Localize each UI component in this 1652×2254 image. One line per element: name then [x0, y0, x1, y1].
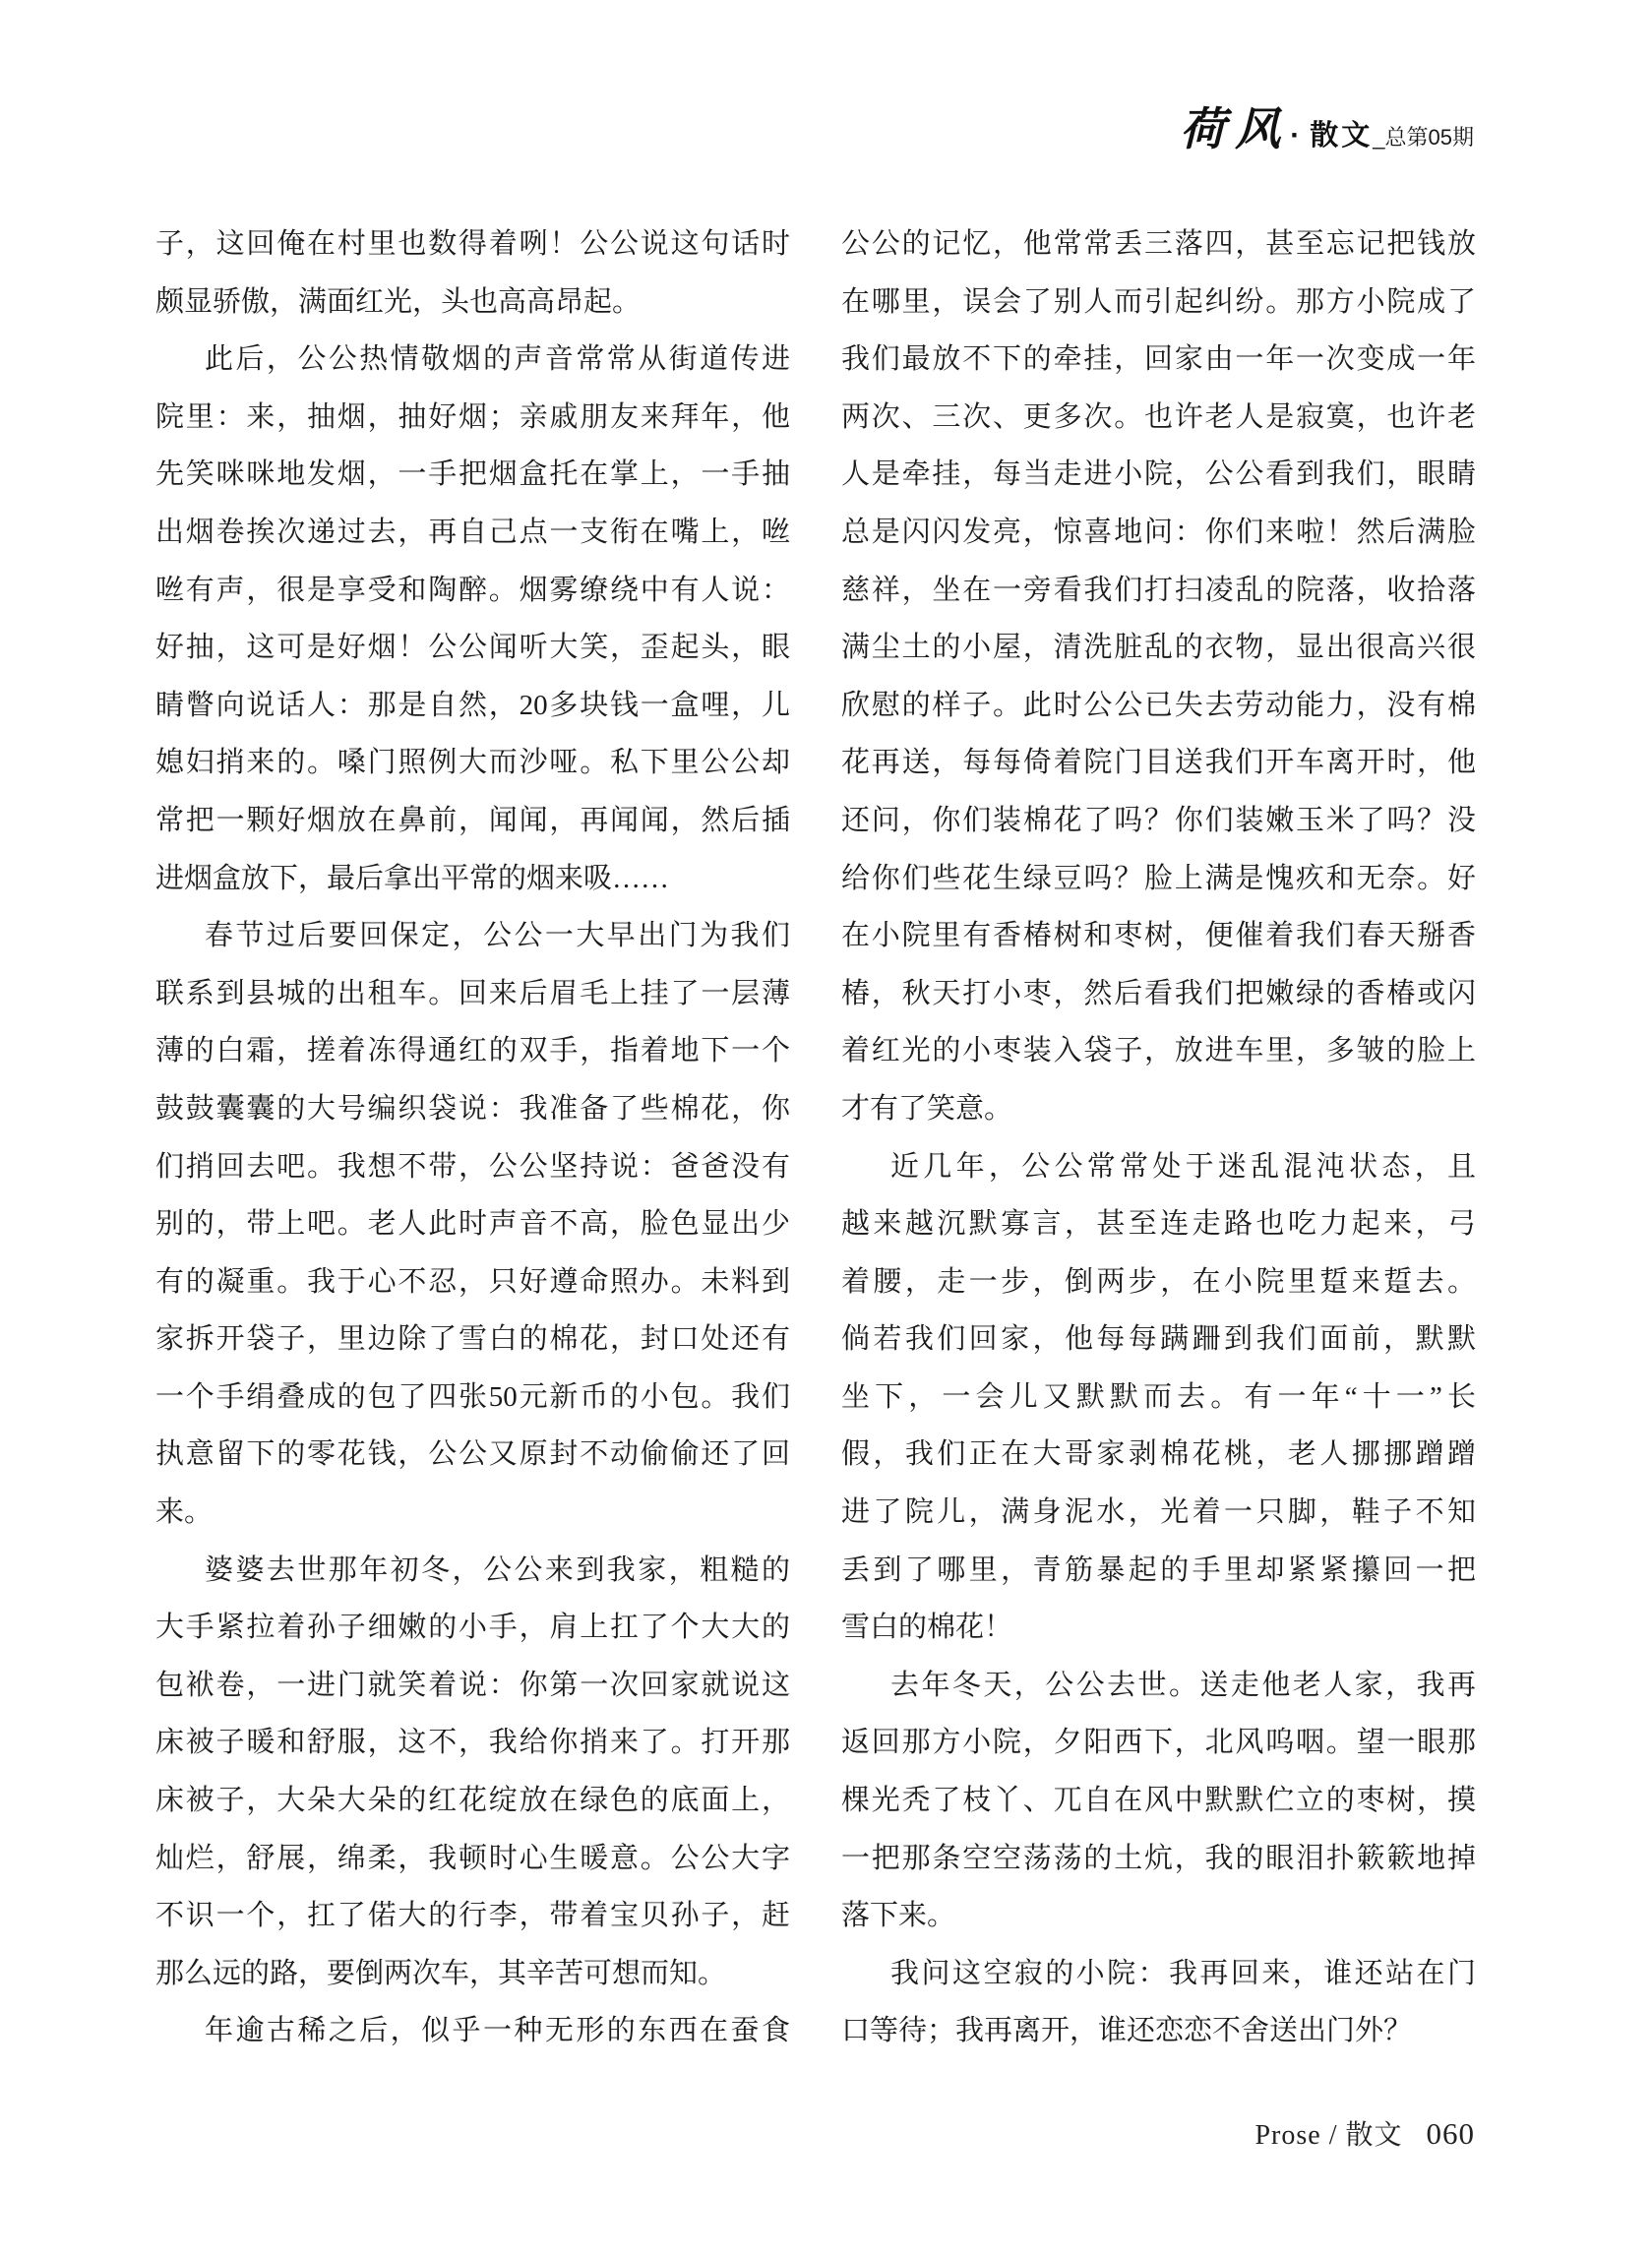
page-number: 060	[1427, 2116, 1476, 2151]
text-line: 好抽，这可是好烟！公公闻听大笑，歪起头，眼	[155, 619, 790, 677]
text-line: 联系到县城的出租车。回来后眉毛上挂了一层薄	[155, 965, 790, 1023]
text-line: 院里：来，抽烟，抽好烟；亲戚朋友来拜年，他	[155, 389, 790, 447]
text-line: 近几年，公公常常处于迷乱混沌状态，且	[841, 1138, 1476, 1196]
text-line: 那么远的路，要倒两次车，其辛苦可想而知。	[155, 1945, 790, 2003]
text-line: 出烟卷挨次递过去，再自己点一支衔在嘴上，咝	[155, 504, 790, 562]
header-issue-label: _总第05期	[1373, 127, 1474, 149]
text-line: 去年冬天，公公去世。送走他老人家，我再	[841, 1657, 1476, 1715]
text-line: 大手紧拉着孙子细嫩的小手，肩上扛了个大大的	[155, 1599, 790, 1657]
text-line: 包袱卷，一进门就笑着说：你第一次回家就说这	[155, 1657, 790, 1715]
text-line: 不识一个，扛了偌大的行李，带着宝贝孙子，赶	[155, 1887, 790, 1945]
text-line: 越来越沉默寡言，甚至连走路也吃力起来，弓	[841, 1195, 1476, 1253]
text-line: 床被子，大朵大朵的红花绽放在绿色的底面上，	[155, 1772, 790, 1830]
text-line: 雪白的棉花！	[841, 1599, 1476, 1657]
text-line: 倘若我们回家，他每每蹒跚到我们面前，默默	[841, 1310, 1476, 1369]
text-line: 着腰，走一步，倒两步，在小院里踅来踅去。	[841, 1253, 1476, 1311]
text-line: 总是闪闪发亮，惊喜地问：你们来啦！然后满脸	[841, 504, 1476, 562]
text-line: 床被子暖和舒服，这不，我给你捎来了。打开那	[155, 1714, 790, 1772]
text-line: 椿，秋天打小枣，然后看我们把嫩绿的香椿或闪	[841, 965, 1476, 1023]
text-line: 一把那条空空荡荡的土炕，我的眼泪扑簌簌地掉	[841, 1830, 1476, 1888]
header-section-label: 散文	[1310, 122, 1373, 151]
text-line: 我们最放不下的牵挂，回家由一年一次变成一年	[841, 331, 1476, 389]
footer-section-label: Prose / 散文	[1254, 2120, 1402, 2151]
text-line: 进烟盒放下，最后拿出平常的烟来吸……	[155, 850, 790, 908]
text-line: 返回那方小院，夕阳西下，北风呜咽。望一眼那	[841, 1714, 1476, 1772]
text-line: 家拆开袋子，里边除了雪白的棉花，封口处还有	[155, 1310, 790, 1369]
text-line: 此后，公公热情敬烟的声音常常从街道传进	[155, 331, 790, 389]
text-line: 睛瞥向说话人：那是自然，20多块钱一盒哩，儿	[155, 677, 790, 735]
article-body: 子，这回俺在村里也数得着咧！公公说这句话时颇显骄傲，满面红光，头也高高昂起。此后…	[155, 215, 1476, 2060]
text-line: 咝有声，很是享受和陶醉。烟雾缭绕中有人说：	[155, 562, 790, 620]
text-line: 常把一颗好烟放在鼻前，闻闻，再闻闻，然后插	[155, 792, 790, 850]
magazine-header: 荷风 · 散文 _总第05期	[1180, 106, 1474, 152]
text-line: 薄的白霜，搓着冻得通红的双手，指着地下一个	[155, 1022, 790, 1080]
text-line: 还问，你们装棉花了吗？你们装嫩玉米了吗？没	[841, 792, 1476, 850]
text-line: 来。	[155, 1484, 790, 1542]
text-line: 人是牵挂，每当走进小院，公公看到我们，眼睛	[841, 446, 1476, 504]
text-line: 先笑咪咪地发烟，一手把烟盒托在掌上，一手抽	[155, 446, 790, 504]
text-line: 丢到了哪里，青筋暴起的手里却紧紧攥回一把	[841, 1542, 1476, 1600]
text-line: 坐下，一会儿又默默而去。有一年“十一”长	[841, 1369, 1476, 1427]
page-footer: Prose / 散文 060	[1254, 2113, 1475, 2153]
header-separator-dot: ·	[1290, 121, 1300, 151]
text-line: 我问这空寂的小院：我再回来，谁还站在门	[841, 1945, 1476, 2003]
text-line: 们捎回去吧。我想不带，公公坚持说：爸爸没有	[155, 1138, 790, 1196]
text-line: 棵光秃了枝丫、兀自在风中默默伫立的枣树，摸	[841, 1772, 1476, 1830]
text-line: 执意留下的零花钱，公公又原封不动偷偷还了回	[155, 1426, 790, 1484]
text-line: 假，我们正在大哥家剥棉花桃，老人挪挪蹭蹭	[841, 1426, 1476, 1484]
text-line: 给你们些花生绿豆吗？脸上满是愧疚和无奈。好	[841, 850, 1476, 908]
text-line: 欣慰的样子。此时公公已失去劳动能力，没有棉	[841, 677, 1476, 735]
text-line: 花再送，每每倚着院门目送我们开车离开时，他	[841, 734, 1476, 792]
text-line: 子，这回俺在村里也数得着咧！公公说这句话时	[155, 215, 790, 274]
text-line: 别的，带上吧。老人此时声音不高，脸色显出少	[155, 1195, 790, 1253]
article-column-right: 公公的记忆，他常常丢三落四，甚至忘记把钱放在哪里，误会了别人而引起纠纷。那方小院…	[841, 215, 1476, 2060]
text-line: 一个手绢叠成的包了四张50元新币的小包。我们	[155, 1369, 790, 1427]
text-line: 两次、三次、更多次。也许老人是寂寞，也许老	[841, 389, 1476, 447]
text-line: 口等待；我再离开，谁还恋恋不舍送出门外？	[841, 2002, 1476, 2060]
text-line: 慈祥，坐在一旁看我们打扫凌乱的院落，收拾落	[841, 562, 1476, 620]
text-line: 在哪里，误会了别人而引起纠纷。那方小院成了	[841, 274, 1476, 332]
text-line: 灿烂，舒展，绵柔，我顿时心生暖意。公公大字	[155, 1830, 790, 1888]
article-column-left: 子，这回俺在村里也数得着咧！公公说这句话时颇显骄傲，满面红光，头也高高昂起。此后…	[155, 215, 790, 2060]
text-line: 进了院儿，满身泥水，光着一只脚，鞋子不知	[841, 1484, 1476, 1542]
text-line: 媳妇捎来的。嗓门照例大而沙哑。私下里公公却	[155, 734, 790, 792]
text-line: 春节过后要回保定，公公一大早出门为我们	[155, 907, 790, 965]
text-line: 年逾古稀之后，似乎一种无形的东西在蚕食	[155, 2002, 790, 2060]
text-line: 有的凝重。我于心不忍，只好遵命照办。未料到	[155, 1253, 790, 1311]
text-line: 婆婆去世那年初冬，公公来到我家，粗糙的	[155, 1542, 790, 1600]
text-line: 着红光的小枣装入袋子，放进车里，多皱的脸上	[841, 1022, 1476, 1080]
text-line: 满尘土的小屋，清洗脏乱的衣物，显出很高兴很	[841, 619, 1476, 677]
text-line: 鼓鼓囊囊的大号编织袋说：我准备了些棉花，你	[155, 1080, 790, 1138]
text-line: 在小院里有香椿树和枣树，便催着我们春天掰香	[841, 907, 1476, 965]
text-line: 颇显骄傲，满面红光，头也高高昂起。	[155, 274, 790, 332]
text-line: 才有了笑意。	[841, 1080, 1476, 1138]
magazine-logo-script: 荷风	[1180, 106, 1290, 152]
magazine-page: { "header": { "magazine_name": "荷风", "se…	[0, 0, 1652, 2254]
text-line: 公公的记忆，他常常丢三落四，甚至忘记把钱放	[841, 215, 1476, 274]
text-line: 落下来。	[841, 1887, 1476, 1945]
